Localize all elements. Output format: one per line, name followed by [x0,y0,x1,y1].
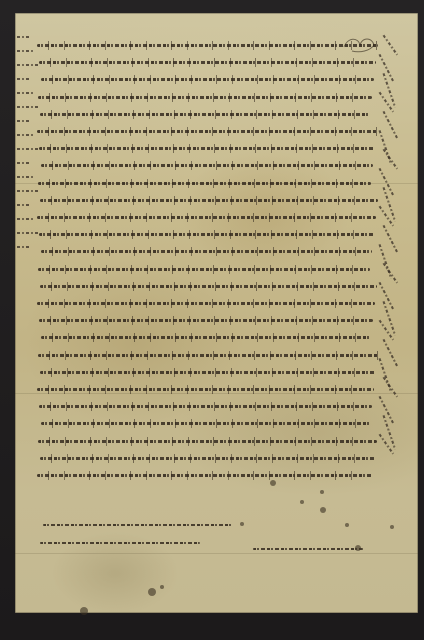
ink-ascenders [40,368,376,377]
text-line [38,351,378,360]
ink-ascenders [41,247,372,256]
manuscript-folio: cursive Hebrew script [15,13,418,613]
margin-note-line [381,148,399,171]
margin-note-line [17,133,35,138]
ink-ascenders [39,230,374,239]
ink-spot [270,480,276,486]
text-line [41,161,373,170]
text-line [41,333,371,342]
text-line [39,144,375,153]
ink-ascenders [40,454,375,463]
ink-spot [390,525,394,529]
ink-stroke [383,377,398,398]
margin-note-line [17,63,39,68]
bottom-note-line [253,546,363,553]
text-line [37,471,373,480]
ink-ascenders [37,299,375,308]
margin-note-line [17,77,31,82]
ink-ascenders [40,282,377,291]
text-line [40,282,377,291]
fold-line [15,553,418,554]
text-line [40,110,370,119]
text-line [40,196,378,205]
ink-ascenders [38,265,370,274]
text-line [40,368,376,377]
ink-ascenders [37,385,374,394]
ink-stroke [43,524,233,526]
ink-spot [345,523,349,527]
image-description: Photograph of a single manuscript leaf (… [0,0,1,1]
margin-note-line [17,161,31,166]
ink-ascenders [41,419,370,428]
margin-note-line [17,231,39,236]
ink-ascenders [37,471,373,480]
text-line [37,127,377,136]
text-line [39,230,374,239]
ink-ascenders [40,110,370,119]
ink-spot [320,507,326,513]
text-line [40,454,375,463]
bottom-note-line [40,540,200,547]
text-line [41,419,370,428]
ink-ascenders [41,75,374,84]
ink-ascenders [37,41,378,50]
margin-note-line [17,119,31,124]
ink-ascenders [38,437,377,446]
text-line [39,316,373,325]
text-line [37,213,376,222]
margin-note-line [381,376,399,399]
margin-note-line [17,189,39,194]
photo-stage: Photograph of a single manuscript leaf (… [0,0,424,640]
ink-ascenders [39,402,372,411]
ink-ascenders [38,179,371,188]
text-line [37,299,375,308]
ink-ascenders [40,196,378,205]
text-line [37,41,378,50]
margin-note-line [17,49,35,54]
text-line [38,179,371,188]
text-line [39,402,372,411]
ink-ascenders [41,333,371,342]
margin-note-line [17,203,31,208]
ink-stroke [383,111,398,139]
ink-ascenders [37,213,376,222]
text-line [41,75,374,84]
ink-ascenders [41,161,373,170]
ink-stroke [383,149,398,170]
main-text-script: cursive Hebrew script [15,13,16,14]
ink-stroke [40,542,200,544]
margin-note-line [17,147,39,152]
ink-spot [300,500,304,504]
margin-note-line [17,245,31,250]
ink-spot [240,522,244,526]
margin-note-line [17,105,39,110]
ink-ascenders [38,351,378,360]
ink-spot [355,545,361,551]
margin-note-line [381,262,399,285]
ink-stroke [383,225,398,253]
ink-ascenders [39,144,375,153]
ink-stroke [383,263,398,284]
ink-spot [160,585,164,589]
margin-note-line [17,91,35,96]
text-line [37,385,374,394]
ink-spot [320,490,324,494]
margin-note-line [17,217,35,222]
text-line [41,247,372,256]
ink-ascenders [38,93,372,102]
margin-note-line [17,35,31,40]
text-line [39,58,376,67]
ink-ascenders [39,316,373,325]
text-line [38,265,370,274]
margin-note-line [17,175,35,180]
ink-ascenders [37,127,377,136]
bottom-note-line [43,522,233,529]
ink-stroke [383,339,398,367]
ink-spot [80,607,88,615]
ink-ascenders [39,58,376,67]
ink-stroke [383,35,398,56]
margin-note-line [381,34,399,57]
ink-spot [148,588,156,596]
text-line [38,437,377,446]
ink-stroke [253,548,363,550]
text-line [38,93,372,102]
